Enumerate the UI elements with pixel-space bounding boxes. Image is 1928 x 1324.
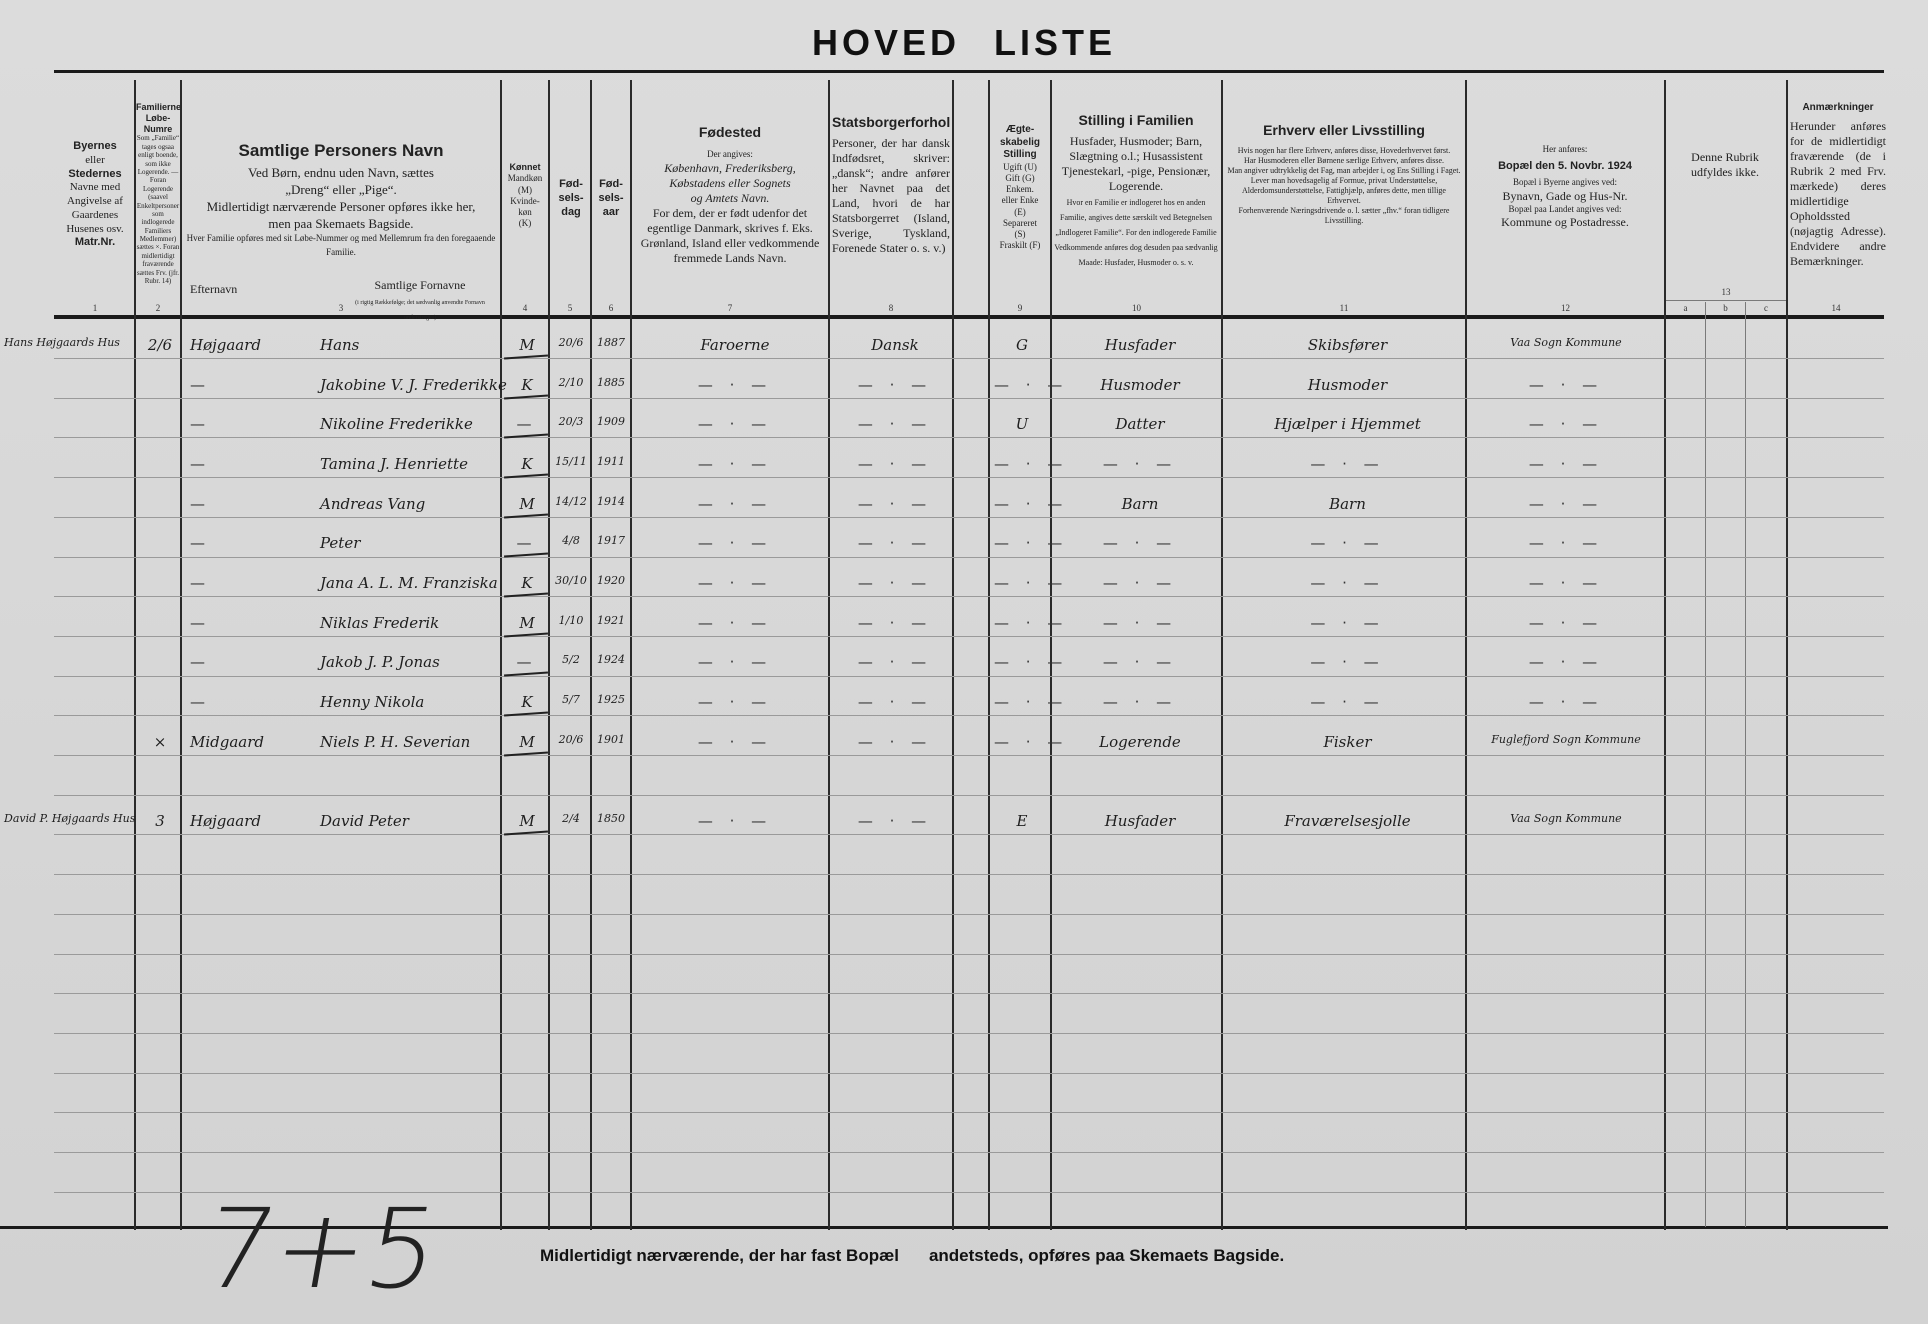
entry-surname: Midgaard — [190, 733, 310, 751]
col3-line: Ved Børn, endnu uden Navn, sættes — [248, 165, 434, 180]
row-rule — [54, 914, 1884, 915]
col2-title: Familiernes Løbe-Numre — [136, 102, 180, 134]
entry-year: 1914 — [592, 495, 630, 508]
entry-year: 1887 — [592, 336, 630, 349]
entry-citizenship: — · — — [840, 812, 950, 830]
col-number: 11 — [1223, 303, 1465, 313]
col7-line: Der angives: — [707, 149, 753, 159]
col6-title: Fød-sels-aar — [598, 178, 623, 218]
col-divider-8-gap — [952, 80, 954, 1230]
col-divider-11-12 — [1465, 80, 1467, 1230]
entry-birthplace: — · — — [650, 812, 820, 830]
entry-occupation: — · — — [1235, 455, 1460, 473]
row-rule — [54, 596, 1884, 597]
col-divider-12-13 — [1664, 80, 1666, 1230]
col9-title: Ægte-skabelig Stilling — [1000, 124, 1040, 160]
col3-note: Hver Familie opføres med sit Løbe-Nummer… — [187, 233, 496, 257]
entry-occupation: Husmoder — [1235, 376, 1460, 394]
entry-position: — · — — [1060, 653, 1220, 671]
entry-marital: — · — — [994, 455, 1050, 473]
entry-marital: U — [994, 415, 1050, 433]
title-word-liste: LISTE — [994, 22, 1116, 63]
col1-line: eller — [85, 154, 105, 166]
entry-position: Barn — [1060, 495, 1220, 513]
entry-day: 20/3 — [552, 415, 590, 428]
col12-title: Bopæl den 5. Novbr. 1924 — [1498, 160, 1632, 172]
entry-birthplace: — · — — [650, 653, 820, 671]
entry-marital: — · — — [994, 495, 1050, 513]
col4-line: Mandkøn — [508, 173, 543, 183]
header-col-6: Fød-sels-aar — [592, 178, 630, 219]
entry-citizenship: — · — — [840, 693, 950, 711]
col1-line: Stedernes — [68, 168, 121, 180]
col10-note: Hvor en Familie er indlogeret hos en and… — [1054, 198, 1217, 267]
entry-year: 1911 — [592, 455, 630, 468]
entry-citizenship: — · — — [840, 614, 950, 632]
col11-note: Forhenværende Næringsdrivende o. l. sætt… — [1239, 206, 1450, 225]
entry-surname: — — [190, 534, 310, 552]
entry-sex: K — [506, 455, 548, 473]
col3-line: „Dreng“ eller „Pige“. — [285, 182, 397, 197]
col3-sub-given-label: Samtlige Fornavne — [375, 278, 466, 292]
entry-position: — · — — [1060, 574, 1220, 592]
entry-marital: — · — — [994, 614, 1050, 632]
col11-note: Hvis nogen har flere Erhverv, anføres di… — [1238, 146, 1451, 155]
entry-sex: K — [506, 693, 548, 711]
entry-year: 1909 — [592, 415, 630, 428]
col9-line: Separeret — [1003, 218, 1037, 228]
entry-citizenship: — · — — [840, 653, 950, 671]
entry-residence: Vaa Sogn Kommune — [1470, 336, 1662, 349]
col4-title: Kønnet — [510, 162, 541, 172]
entry-year: 1921 — [592, 614, 630, 627]
row-rule — [54, 398, 1884, 399]
col-divider-gap-9 — [988, 80, 990, 1230]
col-number: 14 — [1788, 303, 1884, 313]
col4-line: køn — [518, 207, 532, 217]
entry-birthplace: — · — — [650, 733, 820, 751]
col12-line: Kommune og Postadresse. — [1501, 215, 1629, 229]
row-rule — [54, 1033, 1884, 1034]
entry-day: 2/4 — [552, 812, 590, 825]
entry-year: 1924 — [592, 653, 630, 666]
entry-given: Henny Nikola — [300, 693, 520, 711]
entry-citizenship: — · — — [840, 455, 950, 473]
header-col-2: Familiernes Løbe-Numre Som „Familie“ tag… — [136, 102, 180, 285]
entry-year: 1885 — [592, 376, 630, 389]
entry-surname: — — [190, 614, 310, 632]
entry-given: Niels P. H. Severian — [300, 733, 520, 751]
col-number: 12 — [1467, 303, 1664, 313]
entry-marital: — · — — [994, 574, 1050, 592]
entry-birthplace: — · — — [650, 534, 820, 552]
col13-sub-a: a — [1666, 303, 1705, 313]
header-col-9: Ægte-skabelig Stilling Ugift (U) Gift (G… — [990, 124, 1050, 252]
row-rule — [54, 715, 1884, 716]
entry-sex: K — [506, 376, 548, 394]
entry-residence: — · — — [1470, 574, 1662, 592]
header-col-5: Fød-sels-dag — [552, 178, 590, 219]
col7-line: For dem, der er født udenfor det egentli… — [641, 206, 820, 265]
entry-surname: — — [190, 693, 310, 711]
col7-line: Købstadens eller Sognets — [669, 176, 790, 190]
row-rule — [54, 636, 1884, 637]
entry-marital: — · — — [994, 376, 1050, 394]
entry-position: Husfader — [1060, 336, 1220, 354]
col9-line: Ugift (U) — [1003, 162, 1037, 172]
col1-line: Byernes — [73, 140, 116, 152]
col-divider-4-5 — [548, 80, 550, 1230]
entry-position: — · — — [1060, 455, 1220, 473]
entry-occupation: — · — — [1235, 693, 1460, 711]
entry-marital: — · — — [994, 534, 1050, 552]
col4-line: (M) — [518, 185, 532, 195]
col10-title: Stilling i Familien — [1054, 112, 1218, 130]
col-number: 5 — [550, 303, 590, 313]
col9-line: (S) — [1015, 229, 1026, 239]
entry-given: Jakob J. P. Jonas — [300, 653, 520, 671]
entry-position: — · — — [1060, 693, 1220, 711]
row-rule — [54, 1112, 1884, 1113]
row-rule — [54, 954, 1884, 955]
entry-day: 5/7 — [552, 693, 590, 706]
entry-day: 4/8 — [552, 534, 590, 547]
col1-line: Matr.Nr. — [75, 236, 115, 248]
entry-year: 1920 — [592, 574, 630, 587]
entry-marital: — · — — [994, 733, 1050, 751]
entry-birthplace: — · — — [650, 376, 820, 394]
entry-occupation: — · — — [1235, 574, 1460, 592]
entry-citizenship: Dansk — [840, 336, 950, 354]
row-rule — [54, 755, 1884, 756]
header-bottom-rule — [54, 315, 1884, 319]
col9-line: Enkem. — [1006, 184, 1034, 194]
row-rule — [54, 358, 1884, 359]
col4-line: (K) — [519, 218, 532, 228]
col12-pre: Her anføres: — [1543, 144, 1588, 154]
entry-marital: — · — — [994, 693, 1050, 711]
entry-family-no: 3 — [140, 812, 180, 830]
col13-sub-b: b — [1706, 303, 1745, 313]
row-rule — [54, 557, 1884, 558]
col10-line: Husfader, Husmoder; Barn, Slægtning o.l.… — [1062, 134, 1210, 193]
footer-note-right: andetsteds, opføres paa Skemaets Bagside… — [929, 1246, 1284, 1265]
entry-residence: — · — — [1470, 415, 1662, 433]
entry-occupation: Skibsfører — [1235, 336, 1460, 354]
row-rule — [54, 993, 1884, 994]
col8-line: Personer, der har dansk Indfødsret, skri… — [832, 136, 950, 255]
col-number: 4 — [502, 303, 548, 313]
col11-note: Man angiver udtrykkelig det Fag, man arb… — [1227, 166, 1460, 175]
row-rule — [54, 477, 1884, 478]
entry-sex: — — [506, 653, 548, 671]
row-rule — [54, 437, 1884, 438]
entry-occupation: Fisker — [1235, 733, 1460, 751]
title-word-hoved: HOVED — [812, 22, 960, 63]
entry-surname: — — [190, 455, 310, 473]
entry-day: 14/12 — [552, 495, 590, 508]
entry-birthplace: Faroerne — [650, 336, 820, 354]
col-divider-7-8 — [828, 80, 830, 1230]
col11-note: Har Husmoderen eller Børnene særlige Erh… — [1244, 156, 1444, 165]
entry-citizenship: — · — — [840, 733, 950, 751]
row-rule — [54, 517, 1884, 518]
entry-year: 1925 — [592, 693, 630, 706]
entry-given: Tamina J. Henriette — [300, 455, 520, 473]
col-number: 1 — [56, 303, 134, 313]
col7-line: og Amtets Navn. — [691, 191, 770, 205]
entry-surname: Højgaard — [190, 336, 310, 354]
entry-marital: G — [994, 336, 1050, 354]
header-col-10: Stilling i Familien Husfader, Husmoder; … — [1054, 112, 1218, 269]
entry-occupation: — · — — [1235, 614, 1460, 632]
entry-sex: M — [506, 812, 548, 830]
col-divider-2-3 — [180, 80, 182, 1230]
entry-position: Logerende — [1060, 733, 1220, 751]
entry-day: 20/6 — [552, 733, 590, 746]
col-number: 13 — [1666, 287, 1786, 297]
header-col-8: Statsborgerforhold Personer, der har dan… — [832, 114, 950, 256]
entry-residence: Vaa Sogn Kommune — [1470, 812, 1662, 825]
entry-sex: M — [506, 733, 548, 751]
entry-birthplace: — · — — [650, 455, 820, 473]
footer-note: Midlertidigt nærværende, der har fast Bo… — [540, 1246, 1284, 1266]
col1-line: Gaardenes — [72, 209, 118, 221]
header-col-12: Her anføres: Bopæl den 5. Novbr. 1924 Bo… — [1468, 144, 1662, 230]
header-col-14: Anmærkninger Herunder anføres for de mid… — [1790, 102, 1886, 269]
entry-marital: E — [994, 812, 1050, 830]
entry-residence: — · — — [1470, 376, 1662, 394]
col7-line: København, Frederiksberg, — [664, 161, 795, 175]
col-number: 8 — [830, 303, 952, 313]
entry-residence: — · — — [1470, 495, 1662, 513]
entry-given: Jana A. L. M. Franziska — [300, 574, 520, 592]
entry-surname: — — [190, 376, 310, 394]
entry-family-no: 2/6 — [140, 336, 180, 354]
col-divider-10-11 — [1221, 80, 1223, 1230]
col-number: 2 — [136, 303, 180, 313]
entry-position: Husfader — [1060, 812, 1220, 830]
col-number: 9 — [990, 303, 1050, 313]
entry-occupation: — · — — [1235, 534, 1460, 552]
entry-given: Hans — [300, 336, 520, 354]
entry-year: 1850 — [592, 812, 630, 825]
entry-given: Niklas Frederik — [300, 614, 520, 632]
header-col-7: Fødested Der angives: København, Frederi… — [634, 124, 826, 266]
col1-line: Angivelse af — [67, 195, 123, 207]
col3-line: men paa Skemaets Bagside. — [268, 216, 413, 231]
col1-line: Navne med — [70, 181, 120, 193]
col2-note: Som „Familie“ tages ogsaa enligt boende,… — [137, 134, 180, 285]
row-rule — [54, 676, 1884, 677]
entry-citizenship: — · — — [840, 415, 950, 433]
entry-birthplace: — · — — [650, 415, 820, 433]
entry-position: — · — — [1060, 614, 1220, 632]
col3-sub-surname: Efternavn — [190, 282, 270, 297]
entry-position: — · — — [1060, 534, 1220, 552]
col9-line: Fraskilt (F) — [1000, 240, 1041, 250]
col-divider-13b-13c — [1745, 302, 1746, 1227]
header-col-11: Erhverv eller Livsstilling Hvis nogen ha… — [1226, 122, 1462, 226]
entry-occupation: — · — — [1235, 653, 1460, 671]
pencil-annotation: 7+5 — [194, 1185, 449, 1313]
col5-title: Fød-sels-dag — [558, 178, 583, 218]
header-col-4: Kønnet Mandkøn (M) Kvinde- køn (K) — [502, 162, 548, 230]
entry-surname: — — [190, 653, 310, 671]
entry-sex: — — [506, 534, 548, 552]
entry-day: 15/11 — [552, 455, 590, 468]
header-col-13: Denne Rubrik udfyldes ikke. — [1690, 150, 1760, 180]
entry-birthplace: — · — — [650, 614, 820, 632]
entry-day: 5/2 — [552, 653, 590, 666]
col7-title: Fødested — [634, 124, 826, 142]
col3-line: Midlertidigt nærværende Personer opføres… — [207, 199, 476, 214]
entry-year: 1917 — [592, 534, 630, 547]
col-divider-6-7 — [630, 80, 632, 1230]
col14-title: Anmærkninger — [1790, 102, 1886, 115]
col-number: 10 — [1052, 303, 1221, 313]
entry-day: 30/10 — [552, 574, 590, 587]
entry-citizenship: — · — — [840, 376, 950, 394]
entry-birthplace: — · — — [650, 495, 820, 513]
entry-place: David P. Højgaards Hus — [4, 812, 132, 825]
entry-marital: — · — — [994, 653, 1050, 671]
header-col-3: Samtlige Personers Navn Ved Børn, endnu … — [184, 140, 498, 260]
entry-occupation: Hjælper i Hjemmet — [1235, 415, 1460, 433]
entry-citizenship: — · — — [840, 534, 950, 552]
entry-day: 1/10 — [552, 614, 590, 627]
entry-occupation: Fraværelsesjolle — [1235, 812, 1460, 830]
entry-given: David Peter — [300, 812, 520, 830]
entry-residence: — · — — [1470, 653, 1662, 671]
col3-sub-given: Samtlige Fornavne (i rigtig Rækkefølge; … — [340, 278, 500, 323]
entry-surname: Højgaard — [190, 812, 310, 830]
col14-line: Herunder anføres for de midlertidigt fra… — [1790, 119, 1886, 268]
entry-surname: — — [190, 574, 310, 592]
entry-position: Husmoder — [1060, 376, 1220, 394]
entry-residence: — · — — [1470, 455, 1662, 473]
entry-day: 20/6 — [552, 336, 590, 349]
col-number: 6 — [592, 303, 630, 313]
entry-place: Hans Højgaards Hus — [4, 336, 132, 349]
col9-line: eller Enke — [1002, 195, 1039, 205]
entry-residence: — · — — [1470, 534, 1662, 552]
entry-given: Jakobine V. J. Frederikke — [300, 376, 520, 394]
col3-title: Samtlige Personers Navn — [184, 140, 498, 161]
col-number: 3 — [182, 303, 500, 313]
col13-sub-rule — [1666, 300, 1786, 301]
entry-residence: Fuglefjord Sogn Kommune — [1470, 733, 1662, 746]
col12-line: Bopæl paa Landet angives ved: — [1509, 204, 1622, 214]
entry-residence: — · — — [1470, 693, 1662, 711]
row-rule — [54, 834, 1884, 835]
col11-note: Lever man hovedsagelig af Formue, privat… — [1242, 176, 1446, 205]
entry-given: Peter — [300, 534, 520, 552]
entry-birthplace: — · — — [650, 693, 820, 711]
entry-given: Andreas Vang — [300, 495, 520, 513]
col-divider-13-14 — [1786, 80, 1788, 1230]
col8-title: Statsborgerforhold — [832, 114, 950, 132]
col-number: 7 — [632, 303, 828, 313]
col12-line: Bynavn, Gade og Hus-Nr. — [1503, 189, 1628, 203]
entry-position: Datter — [1060, 415, 1220, 433]
col1-line: Husenes osv. — [66, 223, 123, 235]
col11-title: Erhverv eller Livsstilling — [1226, 122, 1462, 140]
entry-surname: — — [190, 495, 310, 513]
row-rule — [54, 874, 1884, 875]
entry-citizenship: — · — — [840, 574, 950, 592]
entry-family-no: × — [140, 733, 180, 751]
census-form-sheet: HOVED LISTE Byernes eller Stedernes Navn… — [0, 0, 1928, 1324]
entry-birthplace: — · — — [650, 574, 820, 592]
row-rule — [54, 1073, 1884, 1074]
col4-line: Kvinde- — [510, 196, 540, 206]
entry-surname: — — [190, 415, 310, 433]
entry-given: Nikoline Frederikke — [300, 415, 520, 433]
entry-year: 1901 — [592, 733, 630, 746]
entry-sex: M — [506, 336, 548, 354]
form-title: HOVED LISTE — [0, 22, 1928, 64]
footer-note-left: Midlertidigt nærværende, der har fast Bo… — [540, 1246, 899, 1265]
entry-occupation: Barn — [1235, 495, 1460, 513]
entry-sex: K — [506, 574, 548, 592]
entry-residence: — · — — [1470, 614, 1662, 632]
col9-line: (E) — [1014, 207, 1026, 217]
entry-day: 2/10 — [552, 376, 590, 389]
col12-line: Bopæl i Byerne angives ved: — [1513, 177, 1617, 187]
col-divider-13a-13b — [1705, 302, 1706, 1227]
row-rule — [54, 795, 1884, 796]
entry-citizenship: — · — — [840, 495, 950, 513]
header-col-1: Byernes eller Stedernes Navne med Angive… — [56, 140, 134, 250]
top-rule — [54, 70, 1884, 73]
col13-sub-c: c — [1746, 303, 1786, 313]
col9-line: Gift (G) — [1005, 173, 1034, 183]
entry-sex: M — [506, 614, 548, 632]
entry-sex: M — [506, 495, 548, 513]
entry-sex: — — [506, 415, 548, 433]
row-rule — [54, 1152, 1884, 1153]
